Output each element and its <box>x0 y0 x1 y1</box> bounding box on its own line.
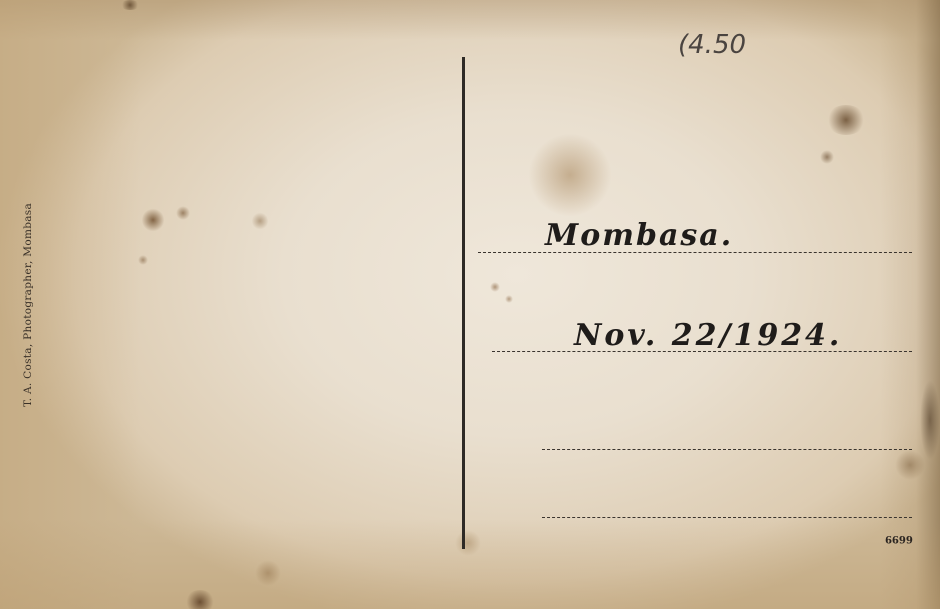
stain <box>895 450 925 480</box>
pencil-price-note: (4.50 <box>678 30 746 60</box>
handwritten-place: Mombasa. <box>545 218 733 253</box>
handwritten-date: Nov. 22/1924. <box>574 318 842 353</box>
stain <box>455 530 481 556</box>
stain <box>525 130 615 220</box>
stain <box>252 212 268 230</box>
stain <box>176 206 190 220</box>
address-line-4 <box>542 517 912 518</box>
publisher-imprint: T. A. Costa, Photographer, Mombasa <box>22 203 34 407</box>
stain <box>826 105 866 135</box>
stain <box>255 560 281 586</box>
stain <box>505 295 513 303</box>
stain <box>120 0 140 10</box>
serial-number: 6699 <box>885 533 913 544</box>
aging-left <box>0 0 140 609</box>
stain <box>142 208 164 232</box>
address-line-3 <box>542 449 912 450</box>
stain <box>185 590 215 609</box>
stain <box>920 380 940 460</box>
center-divider-line <box>462 57 465 549</box>
postcard-back: T. A. Costa, Photographer, Mombasa (4.50… <box>0 0 940 609</box>
stain <box>138 255 148 265</box>
stain <box>820 150 834 164</box>
aging-top <box>0 0 940 40</box>
stain <box>490 282 500 292</box>
